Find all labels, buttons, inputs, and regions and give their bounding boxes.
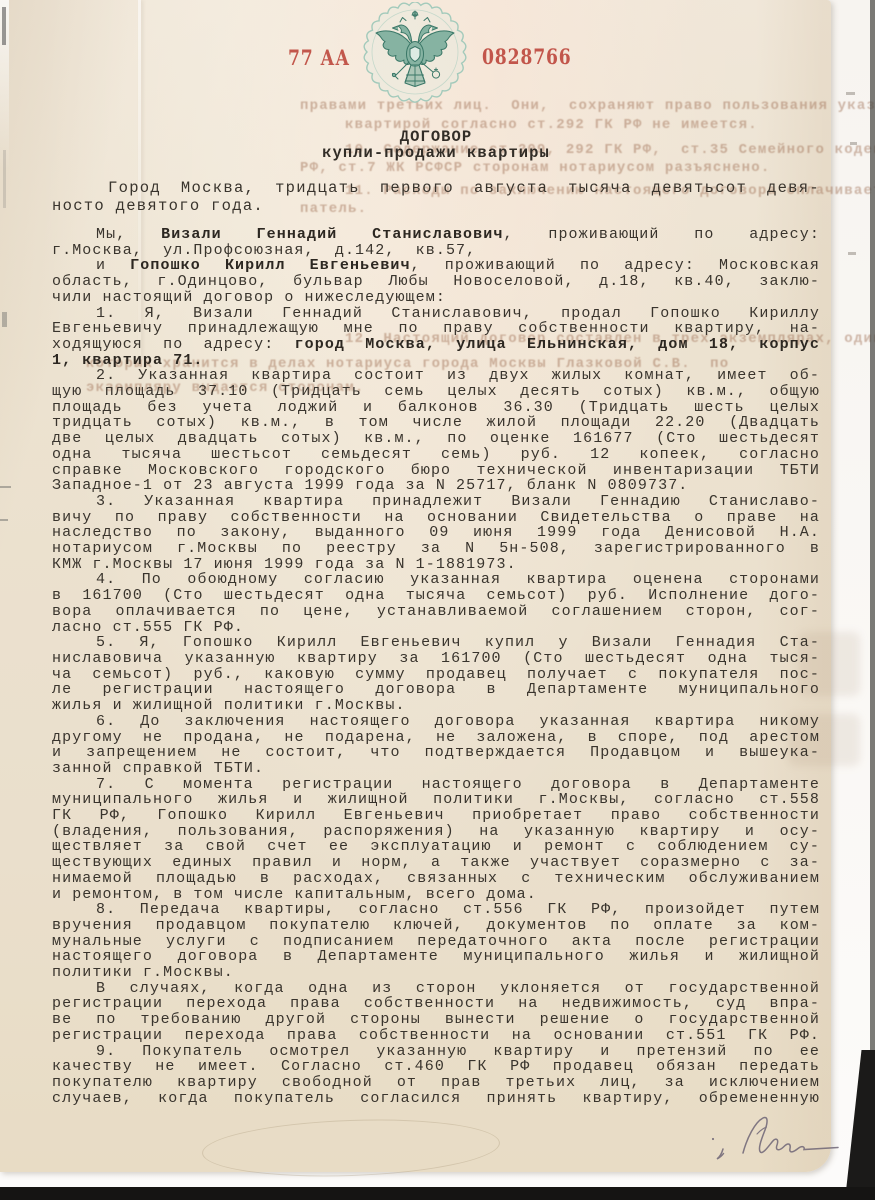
text-line: площадь без учета лоджий и балконов 36.3… <box>52 400 820 416</box>
text-line: чили настоящий договор о нижеследующем: <box>52 290 820 306</box>
text-line: Западное-1 от 23 августа 1999 года за N … <box>52 478 820 494</box>
text-line: 7. С момента регистрации настоящего дого… <box>52 777 820 793</box>
document-title: ДОГОВОР купли-продажи квартиры <box>52 129 820 161</box>
text-line: ходящуюся по адресу: город Москва, улица… <box>52 337 820 353</box>
handwritten-signature-icon <box>705 1112 845 1164</box>
text-line: Город Москва, тридцать первого августа т… <box>52 179 820 197</box>
document-body: Мы, Визали Геннадий Станиславович, прожи… <box>52 227 820 1106</box>
blank-series: 77 АА <box>288 45 350 70</box>
text-line: 1. Я, Визали Геннадий Станиславович, про… <box>52 306 820 322</box>
text-line: 6. До заключения настоящего договора ука… <box>52 714 820 730</box>
text-line: ществляет за свой счет ее эксплуатацию и… <box>52 839 820 855</box>
text-line: нотариусом г.Москвы по реестру за N 5н-5… <box>52 541 820 557</box>
text-line: качеству не имеет. Согласно ст.460 ГК РФ… <box>52 1059 820 1075</box>
text-line: КМЖ г.Москвы 17 июня 1999 года за N 1-18… <box>52 557 820 573</box>
scanned-contract-photo: правами третьих лиц. Они, сохраняют прав… <box>0 0 875 1200</box>
text-line: занной справкой ТБТИ. <box>52 761 820 777</box>
edge-mark <box>2 7 6 45</box>
margin-mark <box>848 252 856 255</box>
text-line: справке Московского городского бюро техн… <box>52 463 820 479</box>
bleedthrough-line: РФ, ст.7 ЖК РСФСР сторонам нотариусом ра… <box>300 160 770 176</box>
text-line: В случаях, когда одна из сторон уклоняет… <box>52 981 820 997</box>
text-line: в 161700 (Сто шестьдесят одна тысяча сем… <box>52 588 820 604</box>
edge-tick <box>0 519 8 521</box>
text-line: регистрации перехода права собственности… <box>52 996 820 1012</box>
text-line: и запрещением не состоит, что подтвержда… <box>52 745 820 761</box>
text-line: 2. Указанная квартира состоит из двух жи… <box>52 368 820 384</box>
russian-double-headed-eagle-icon <box>363 2 467 104</box>
text-line: настоящего договора в Департаменте муниц… <box>52 949 820 965</box>
text-line: носто девятого года. <box>52 197 820 215</box>
text-line: и ремонтом, в том числе капитальным, все… <box>52 887 820 903</box>
text-line: нимаемой площадью в расходах, связанных … <box>52 871 820 887</box>
text-line: другому не продана, не подарена, не зало… <box>52 730 820 746</box>
text-line: Мы, Визали Геннадий Станиславович, прожи… <box>52 227 820 243</box>
text-line: случаев, когда покупатель согласился при… <box>52 1091 820 1107</box>
margin-mark <box>846 92 855 95</box>
edge-mark <box>3 150 6 208</box>
text-line: жилья и жилищной политики г.Москвы. <box>52 698 820 714</box>
edge-tick <box>0 486 11 488</box>
text-line: тридцать сотых) кв.м., в том числе жилой… <box>52 415 820 431</box>
text-line: вручения продавцом покупателю ключей, до… <box>52 918 820 934</box>
text-line: щую площадь 37.10 (Тридцать семь целых д… <box>52 384 820 400</box>
text-line: две целых двадцать сотых) кв.м., по оцен… <box>52 431 820 447</box>
title-line-2: купли-продажи квартиры <box>52 145 820 161</box>
text-line: 3. Указанная квартира принадлежит Визали… <box>52 494 820 510</box>
text-line: вора оплачивается по цене, устанавливаем… <box>52 604 820 620</box>
text-line: 1, квартира 71. <box>52 353 820 369</box>
text-line: 5. Я, Гопошко Кирилл Евгеньевич купил у … <box>52 635 820 651</box>
text-line: ласно ст.555 ГК РФ. <box>52 620 820 636</box>
text-line: покупателю квартиру свободной от прав тр… <box>52 1075 820 1091</box>
text-line: мунальные услуги с подписанием передаточ… <box>52 934 820 950</box>
text-line: ве по требованию другой стороны вынести … <box>52 1012 820 1028</box>
text-line: ниславовича указанную квартиру за 161700… <box>52 651 820 667</box>
photo-corner-shadow <box>845 1050 875 1200</box>
text-line: 8. Передача квартиры, согласно ст.556 ГК… <box>52 902 820 918</box>
text-line: Евгеньевичу принадлежащую мне по праву с… <box>52 321 820 337</box>
text-line: г.Москва, ул.Профсоюзная, д.142, кв.57, <box>52 243 820 259</box>
text-line: область, г.Одинцово, бульвар Любы Новосе… <box>52 274 820 290</box>
text-line: (владения, пользования, распоряжения) на… <box>52 824 820 840</box>
text-line: регистрации перехода права собственности… <box>52 1028 820 1044</box>
text-line: 9. Покупатель осмотрел указанную квартир… <box>52 1044 820 1060</box>
text-line: наследство по закону, выданного 09 июня … <box>52 525 820 541</box>
intro-paragraph: Город Москва, тридцать первого августа т… <box>52 179 820 216</box>
text-line: ча семьсот) руб., каковую сумму продавец… <box>52 667 820 683</box>
title-line-1: ДОГОВОР <box>52 129 820 145</box>
edge-mark <box>2 312 7 327</box>
blank-number: 0828766 <box>482 44 572 69</box>
text-line: ле регистрации настоящего договора в Деп… <box>52 682 820 698</box>
photo-right-edge <box>870 0 875 1200</box>
text-line: 4. По обоюдному согласию указанная кварт… <box>52 572 820 588</box>
text-line: политики г.Москвы. <box>52 965 820 981</box>
photo-bottom-frame <box>0 1187 875 1200</box>
text-line: ществующих единых правил и норм, а также… <box>52 855 820 871</box>
text-line: муниципального жилья и жилищной политики… <box>52 792 820 808</box>
text-line: ГК РФ, Гопошко Кирилл Евгеньевич приобре… <box>52 808 820 824</box>
margin-mark <box>850 142 857 145</box>
text-line: вичу по праву собственности на основании… <box>52 510 820 526</box>
text-line: одна тысяча шестьсот семьдесят семь) руб… <box>52 447 820 463</box>
text-line: и Гопошко Кирилл Евгеньевич, проживающий… <box>52 258 820 274</box>
